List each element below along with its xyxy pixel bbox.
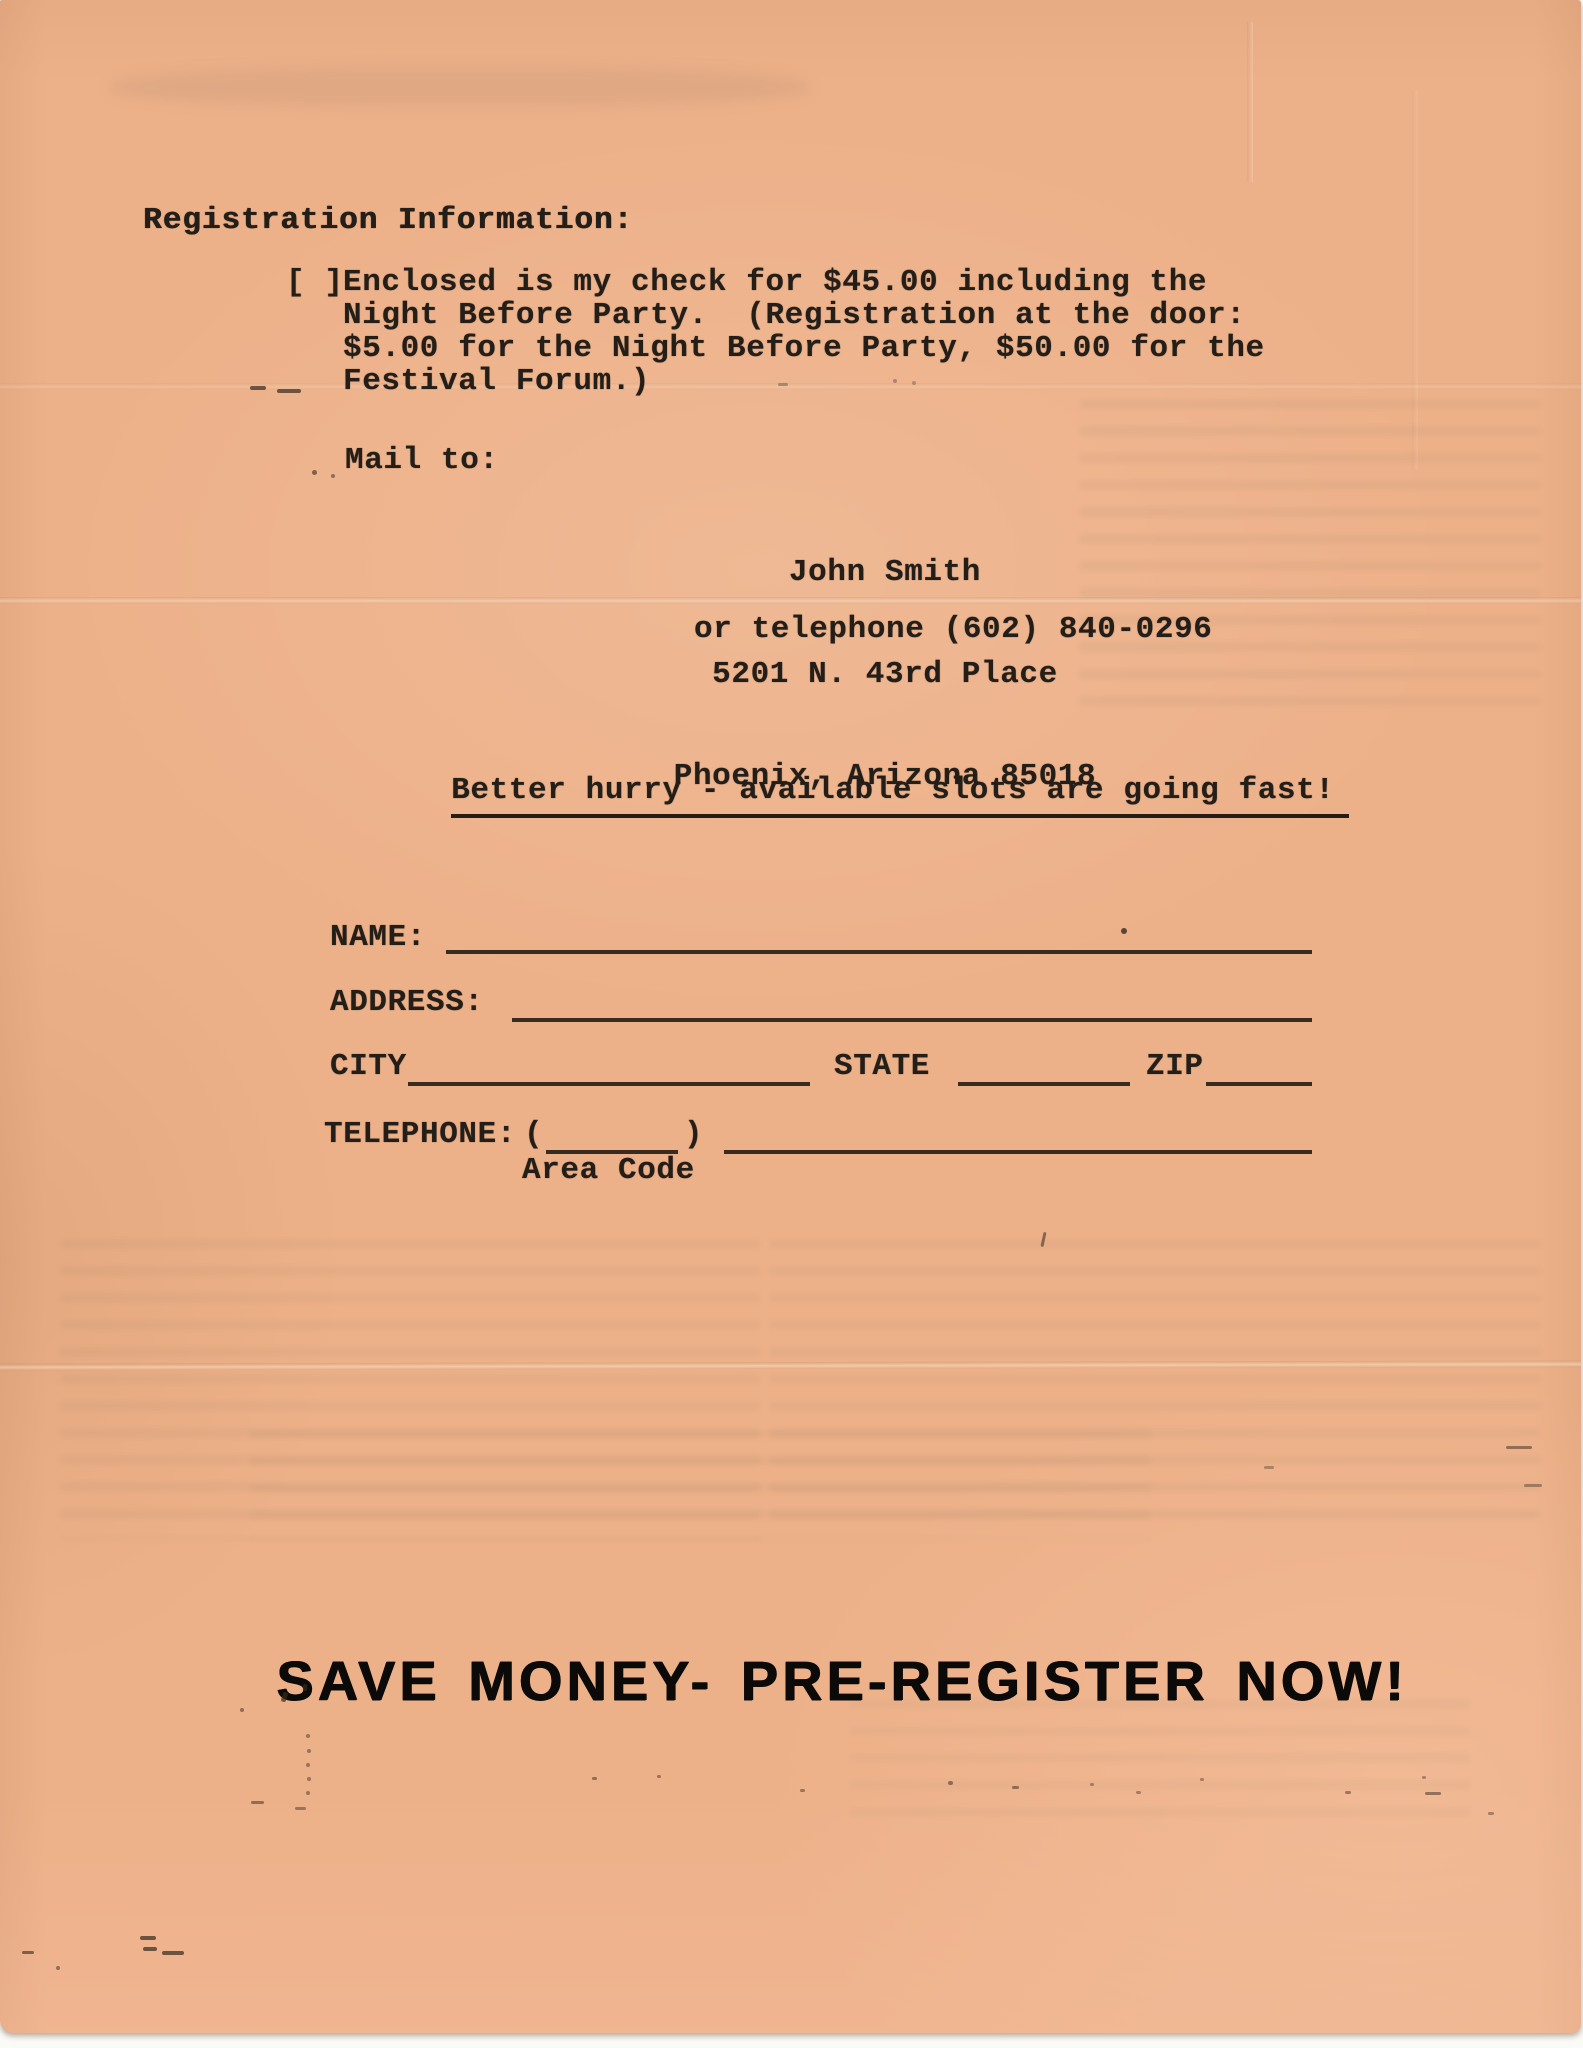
zip-blank-line (1206, 1082, 1312, 1086)
close-paren: ) (684, 1118, 703, 1151)
state-label: STATE (834, 1050, 930, 1083)
scan-artifact (1425, 1792, 1441, 1795)
scan-artifact (250, 386, 266, 390)
scan-artifact (592, 1777, 597, 1780)
scan-artifact (277, 389, 301, 393)
state-blank-line (958, 1082, 1130, 1086)
scan-artifact (657, 1775, 661, 1778)
scanned-page: Registration Information: [ ] Enclosed i… (0, 0, 1583, 2048)
scan-artifact (1506, 1446, 1532, 1449)
paper-crease (1247, 22, 1253, 182)
scan-artifact (143, 1947, 157, 1951)
scan-artifact (306, 1763, 310, 1767)
address-line: John Smith (620, 556, 1150, 590)
paragraph-line: Festival Forum.) (343, 365, 1265, 398)
paragraph-line: $5.00 for the Night Before Party, $50.00… (343, 332, 1265, 365)
scan-artifact (56, 1966, 60, 1970)
address-blank-line (512, 1018, 1312, 1022)
scan-artifact (1488, 1812, 1494, 1815)
scan-artifact (1422, 1776, 1426, 1779)
footer-slogan: SAVE MONEY- PRE-REGISTER NOW! (276, 1648, 1407, 1713)
scan-artifact (303, 1684, 307, 1691)
telephone-note: or telephone (602) 840-0296 (694, 613, 1212, 646)
scan-artifact (1200, 1778, 1204, 1781)
scan-artifact (295, 1807, 306, 1810)
urgency-note: Better hurry - available slots are going… (336, 741, 1349, 840)
bleedthrough-ghost (850, 1700, 1470, 1830)
bleedthrough-ghost (250, 1430, 1150, 1540)
address-label: ADDRESS: (330, 986, 484, 1019)
area-code-caption: Area Code (522, 1154, 695, 1187)
open-paren: ( (524, 1118, 543, 1151)
zip-label: ZIP (1146, 1050, 1204, 1083)
scan-artifact (307, 1749, 311, 1753)
scan-artifact (140, 1936, 156, 1940)
name-label: NAME: (330, 921, 426, 954)
telephone-label: TELEPHONE: (324, 1118, 516, 1151)
scan-artifact (1345, 1791, 1351, 1794)
scan-artifact (948, 1781, 953, 1785)
scan-artifact (162, 1951, 184, 1955)
scan-artifact (800, 1789, 805, 1792)
scan-artifact (251, 1801, 264, 1804)
section-heading: Registration Information: (143, 204, 633, 237)
checkbox-brackets: [ ] (286, 266, 344, 299)
scan-artifact (306, 1791, 310, 1795)
scan-artifact (307, 1777, 311, 1781)
mail-to-label: Mail to: (345, 444, 499, 477)
scan-artifact (893, 379, 897, 383)
paragraph-line: Night Before Party. (Registration at the… (343, 299, 1265, 332)
scan-artifact (331, 474, 335, 478)
address-line: 5201 N. 43rd Place (620, 658, 1150, 692)
scan-artifact (240, 1708, 244, 1712)
city-label: CITY (330, 1050, 407, 1083)
scan-artifact (1090, 1783, 1094, 1786)
scan-artifact (1012, 1786, 1019, 1789)
scan-artifact (306, 1734, 310, 1738)
scan-artifact (1136, 1791, 1141, 1794)
urgency-note-text: Better hurry - available slots are going… (451, 773, 1348, 818)
scan-artifact (312, 470, 317, 475)
paragraph-line: Enclosed is my check for $45.00 includin… (343, 266, 1265, 299)
telephone-blank-line (724, 1150, 1312, 1154)
scan-artifact (22, 1951, 34, 1954)
city-blank-line (408, 1082, 810, 1086)
scan-artifact (1121, 928, 1127, 934)
scan-artifact (1264, 1466, 1274, 1469)
scan-artifact (1524, 1484, 1542, 1487)
scan-artifact (912, 381, 916, 385)
bleedthrough-ghost (110, 66, 810, 108)
registration-form-sheet: Registration Information: [ ] Enclosed i… (0, 0, 1581, 2033)
scan-artifact (778, 383, 788, 386)
enclosed-check-paragraph: Enclosed is my check for $45.00 includin… (343, 266, 1265, 398)
name-blank-line (446, 950, 1312, 954)
